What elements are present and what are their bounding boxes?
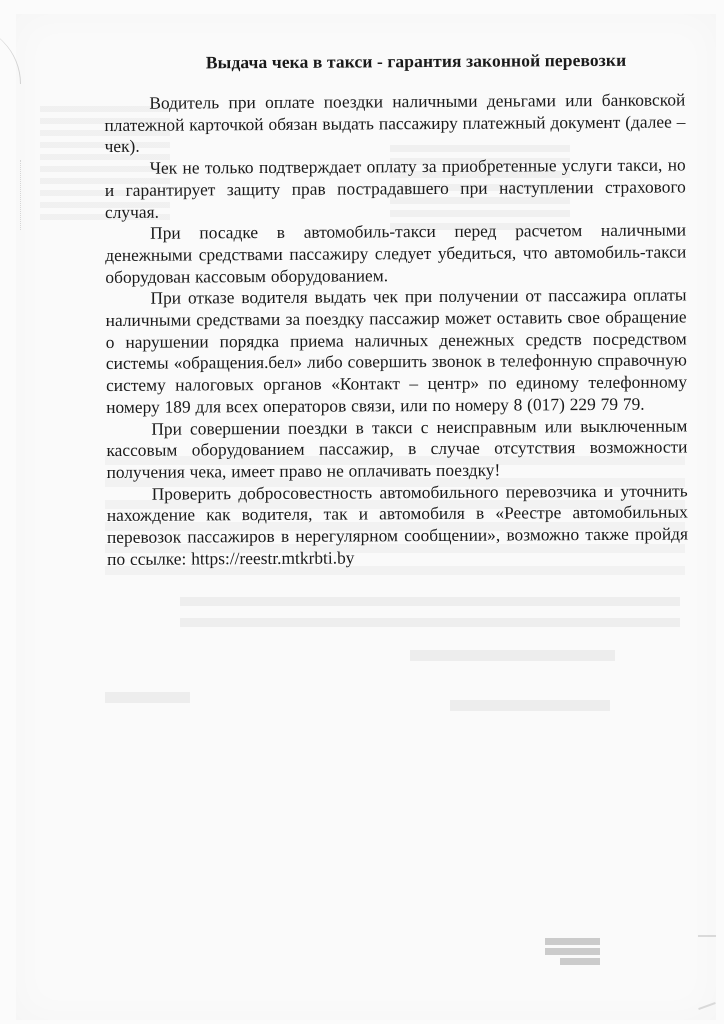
paragraph-check-cash-register: При посадке в автомобиль-такси перед рас… — [105, 220, 686, 289]
paragraph-registry-link: Проверить добросовестность автомобильног… — [107, 480, 689, 570]
document-title: Выдача чека в такси - гарантия законной … — [196, 49, 636, 74]
paragraph-receipt-guarantee: Чек не только подтверждает оплату за при… — [105, 155, 686, 224]
bleed-through-stamp — [545, 938, 600, 965]
scan-artifact — [698, 935, 716, 937]
scanned-page: Выдача чека в такси - гарантия законной … — [0, 0, 724, 1024]
paragraph-refusal-complaint: При отказе водителя выдать чек при получ… — [105, 285, 687, 419]
scan-edge-artifact — [20, 160, 27, 230]
paragraph-right-not-to-pay: При совершении поездки в такси с неиспра… — [106, 415, 687, 484]
paragraph-receipt-obligation: Водитель при оплате поездки наличными де… — [104, 89, 685, 158]
document-body: Выдача чека в такси - гарантия законной … — [104, 48, 688, 570]
